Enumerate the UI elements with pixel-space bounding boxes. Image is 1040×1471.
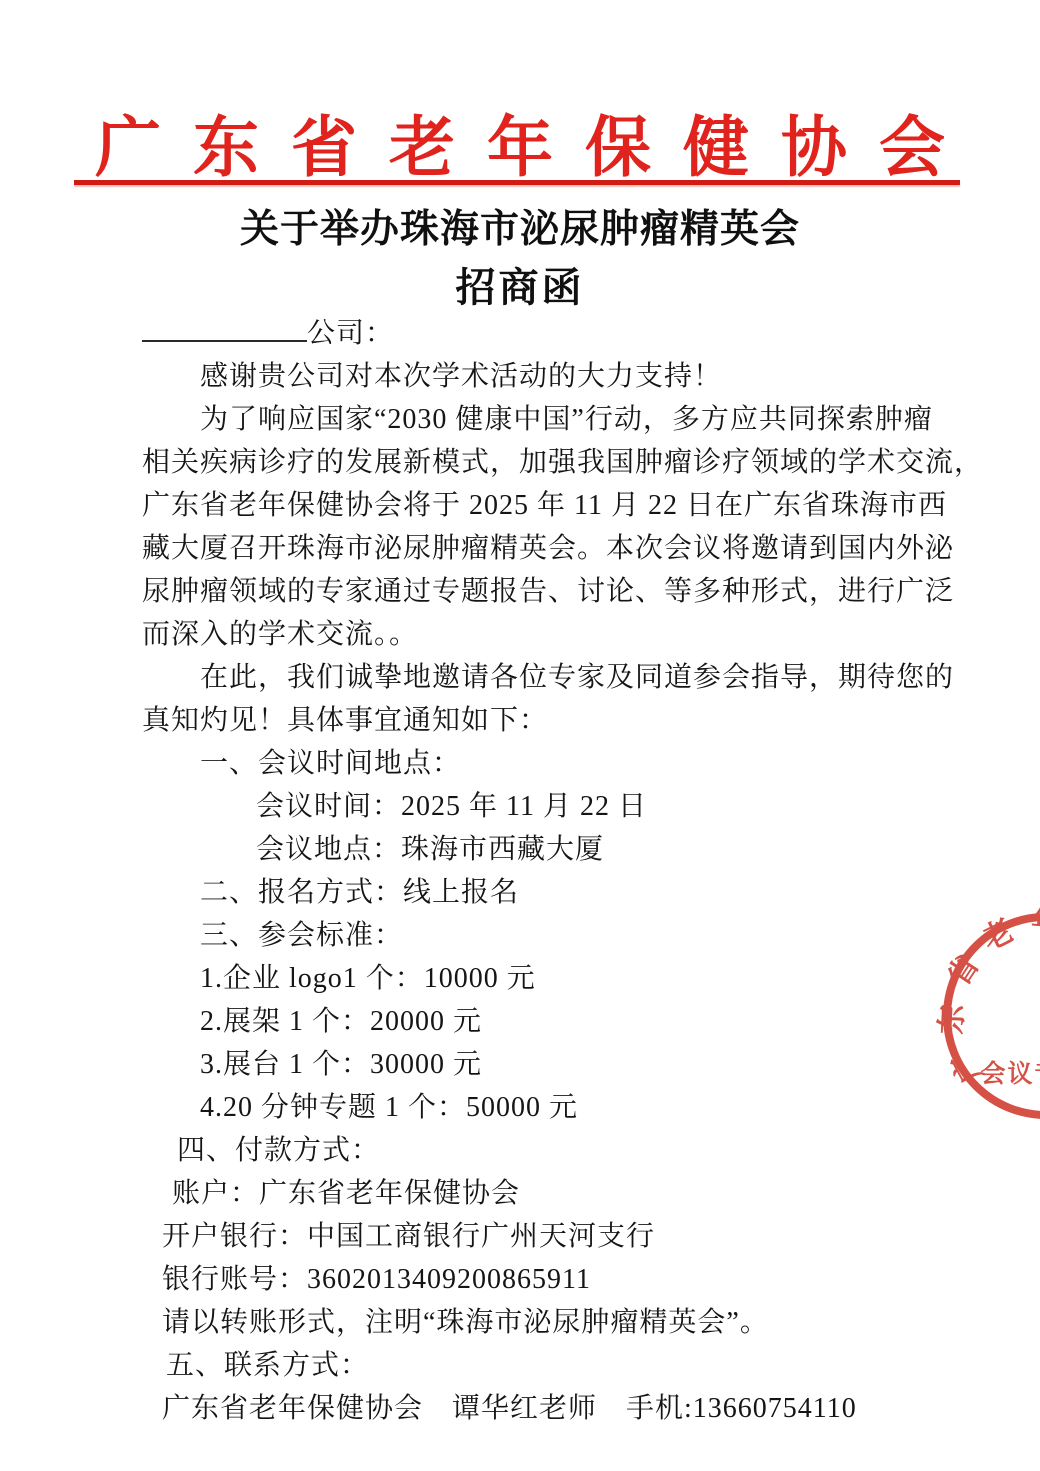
body-line: 广东省老年保健协会将于 2025 年 11 月 22 日在广东省珠海市西 (142, 484, 1000, 527)
letter-body: 公司： 感谢贵公司对本次学术活动的大力支持！ 为了响应国家“2030 健康中国”… (142, 312, 1000, 1430)
body-line: 感谢贵公司对本次学术活动的大力支持！ (142, 355, 1000, 398)
meeting-time-line: 会议时间：2025 年 11 月 22 日 (142, 785, 1000, 828)
price-item-3: 3.展台 1 个：30000 元 (142, 1043, 1000, 1086)
price-item-2: 2.展架 1 个：20000 元 (142, 1000, 1000, 1043)
body-line: 而深入的学术交流。。 (142, 613, 1000, 656)
section-heading-3: 三、参会标准： (142, 914, 1000, 957)
section-heading-5: 五、联系方式： (142, 1344, 1000, 1387)
scanned-letter-page: 广东省老年保健协会 关于举办珠海市泌尿肿瘤精英会 招商函 公司： 感谢贵公司对本… (0, 0, 1040, 1471)
section-heading-2: 二、报名方式：线上报名 (142, 871, 1000, 914)
bank-name-line: 开户银行：中国工商银行广州天河支行 (142, 1215, 1000, 1258)
salutation-label: 公司： (307, 318, 394, 349)
account-name-line: 账户：广东省老年保健协会 (142, 1172, 1000, 1215)
price-item-4: 4.20 分钟专题 1 个：50000 元 (142, 1086, 1000, 1129)
body-line: 在此，我们诚挚地邀请各位专家及同道参会指导，期待您的 (142, 656, 1000, 699)
body-line: 为了响应国家“2030 健康中国”行动，多方应共同探索肿瘤 (142, 398, 1000, 441)
body-line: 真知灼见！具体事宜通知如下： (142, 699, 1000, 742)
body-line: 藏大厦召开珠海市泌尿肿瘤精英会。本次会议将邀请到国内外泌 (142, 527, 1000, 570)
section-heading-1: 一、会议时间地点： (142, 742, 1000, 785)
document-subtitle: 招商函 (0, 256, 1040, 313)
letterhead-org-name: 广东省老年保健协会 (0, 94, 1040, 189)
company-blank-line: 公司： (142, 312, 1000, 355)
document-title: 关于举办珠海市泌尿肿瘤精英会 (0, 198, 1040, 254)
transfer-note-line: 请以转账形式，注明“珠海市泌尿肿瘤精英会”。 (142, 1301, 1000, 1344)
letterhead-divider-rule (74, 180, 960, 185)
meeting-place-line: 会议地点：珠海市西藏大厦 (142, 828, 1000, 871)
body-line: 尿肿瘤领域的专家通过专题报告、讨论、等多种形式，进行广泛 (142, 570, 1000, 613)
contact-line: 广东省老年保健协会 谭华红老师 手机:13660754110 (142, 1387, 1000, 1430)
body-line: 相关疾病诊疗的发展新模式，加强我国肿瘤诊疗领域的学术交流， (142, 441, 1000, 484)
official-seal-stamp: 广东省老年保健协会 会议专用章 (900, 880, 1040, 1160)
seal-bottom-text: 会议专用章 (980, 1059, 1040, 1088)
price-item-1: 1.企业 logo1 个：10000 元 (142, 957, 1000, 1000)
fill-in-blank-underline (142, 338, 307, 342)
section-heading-4: 四、付款方式： (142, 1129, 1000, 1172)
bank-account-line: 银行账号：3602013409200865911 (142, 1258, 1000, 1301)
